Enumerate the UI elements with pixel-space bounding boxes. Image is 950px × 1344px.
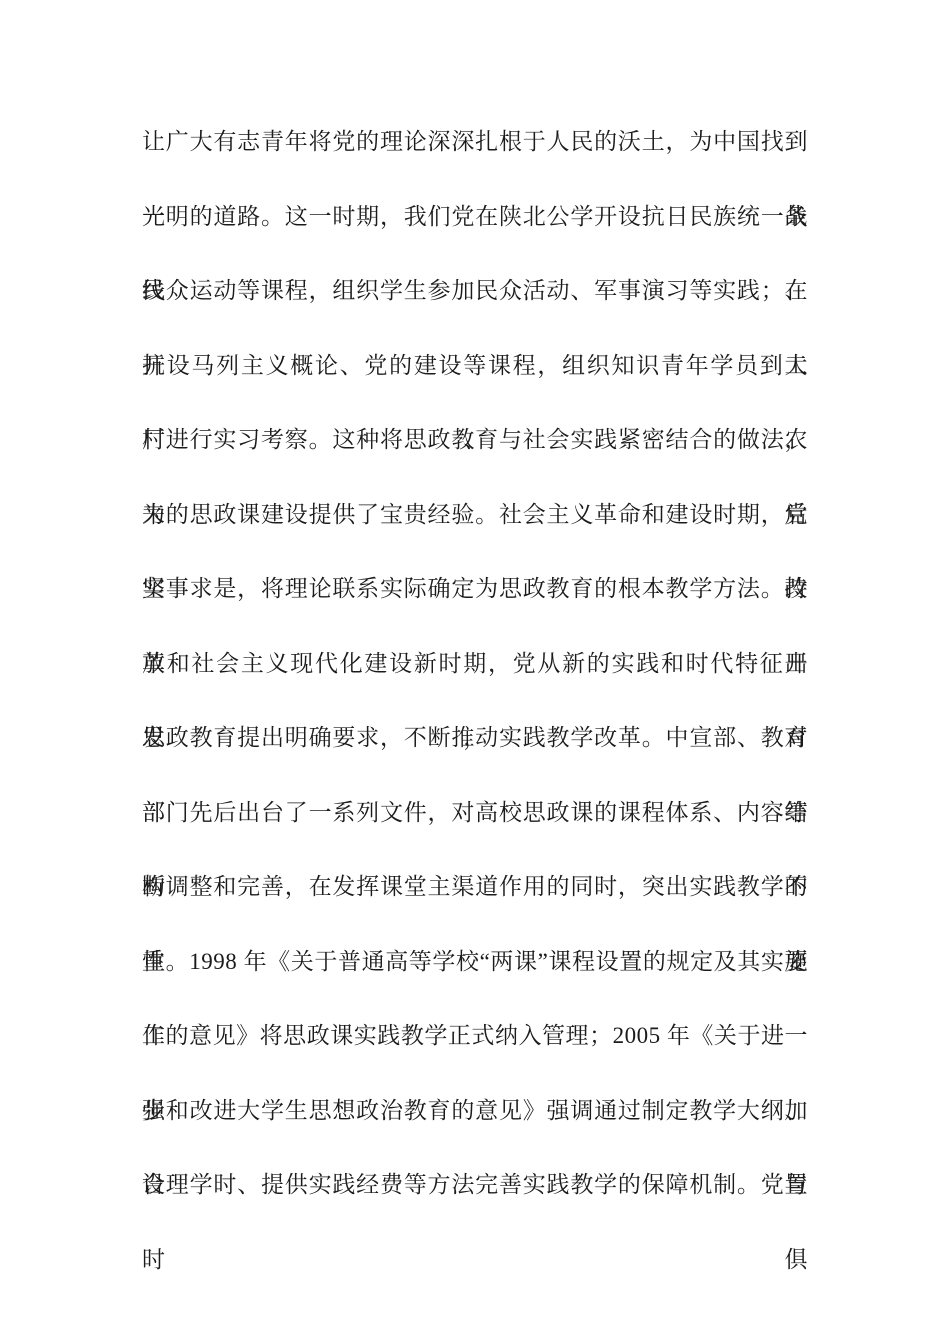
text-line: 断调整和完善，在发挥课堂主渠道作用的同时，突出实践教学的重要	[142, 850, 808, 925]
text-line: 民众运动等课程，组织学生参加民众活动、军事演习等实践；在抗大	[142, 254, 808, 329]
text-line: 村进行实习考察。这种将思政教育与社会实践紧密结合的做法，为后	[142, 403, 808, 478]
text-line: 光明的道路。这一时期，我们党在陕北公学开设抗日民族统一战线、	[142, 180, 808, 255]
text-line: 作的意见》将思政课实践教学正式纳入管理；2005 年《关于进一步加	[142, 999, 808, 1074]
text-line: 实事求是，将理论联系实际确定为思政教育的根本教学方法。改革开	[142, 552, 808, 627]
text-line: 让广大有志青年将党的理论深深扎根于人民的沃土，为中国找到一条	[142, 105, 808, 180]
text-line: 强和改进大学生思想政治教育的意见》强调通过制定教学大纲、设置	[142, 1074, 808, 1149]
text-line: 部门先后出台了一系列文件，对高校思政课的课程体系、内容结构不	[142, 776, 808, 851]
text-line: 合理学时、提供实践经费等方法完善实践教学的保障机制。党与时俱	[142, 1148, 808, 1223]
text-line: 思政教育提出明确要求，不断推动实践教学改革。中宣部、教育部等	[142, 701, 808, 776]
paragraph-body: 让广大有志青年将党的理论深深扎根于人民的沃土，为中国找到一条 光明的道路。这一时…	[142, 105, 808, 1223]
text-line: 开设马列主义概论、党的建设等课程，组织知识青年学员到工厂、农	[142, 329, 808, 404]
text-line: 性。1998 年《关于普通高等学校“两课”课程设置的规定及其实施工	[142, 925, 808, 1000]
text-line: 放和社会主义现代化建设新时期，党从新的实践和时代特征出发，对	[142, 627, 808, 702]
document-page: 让广大有志青年将党的理论深深扎根于人民的沃土，为中国找到一条 光明的道路。这一时…	[0, 0, 950, 1344]
text-line: 来的思政课建设提供了宝贵经验。社会主义革命和建设时期，党坚持	[142, 478, 808, 553]
